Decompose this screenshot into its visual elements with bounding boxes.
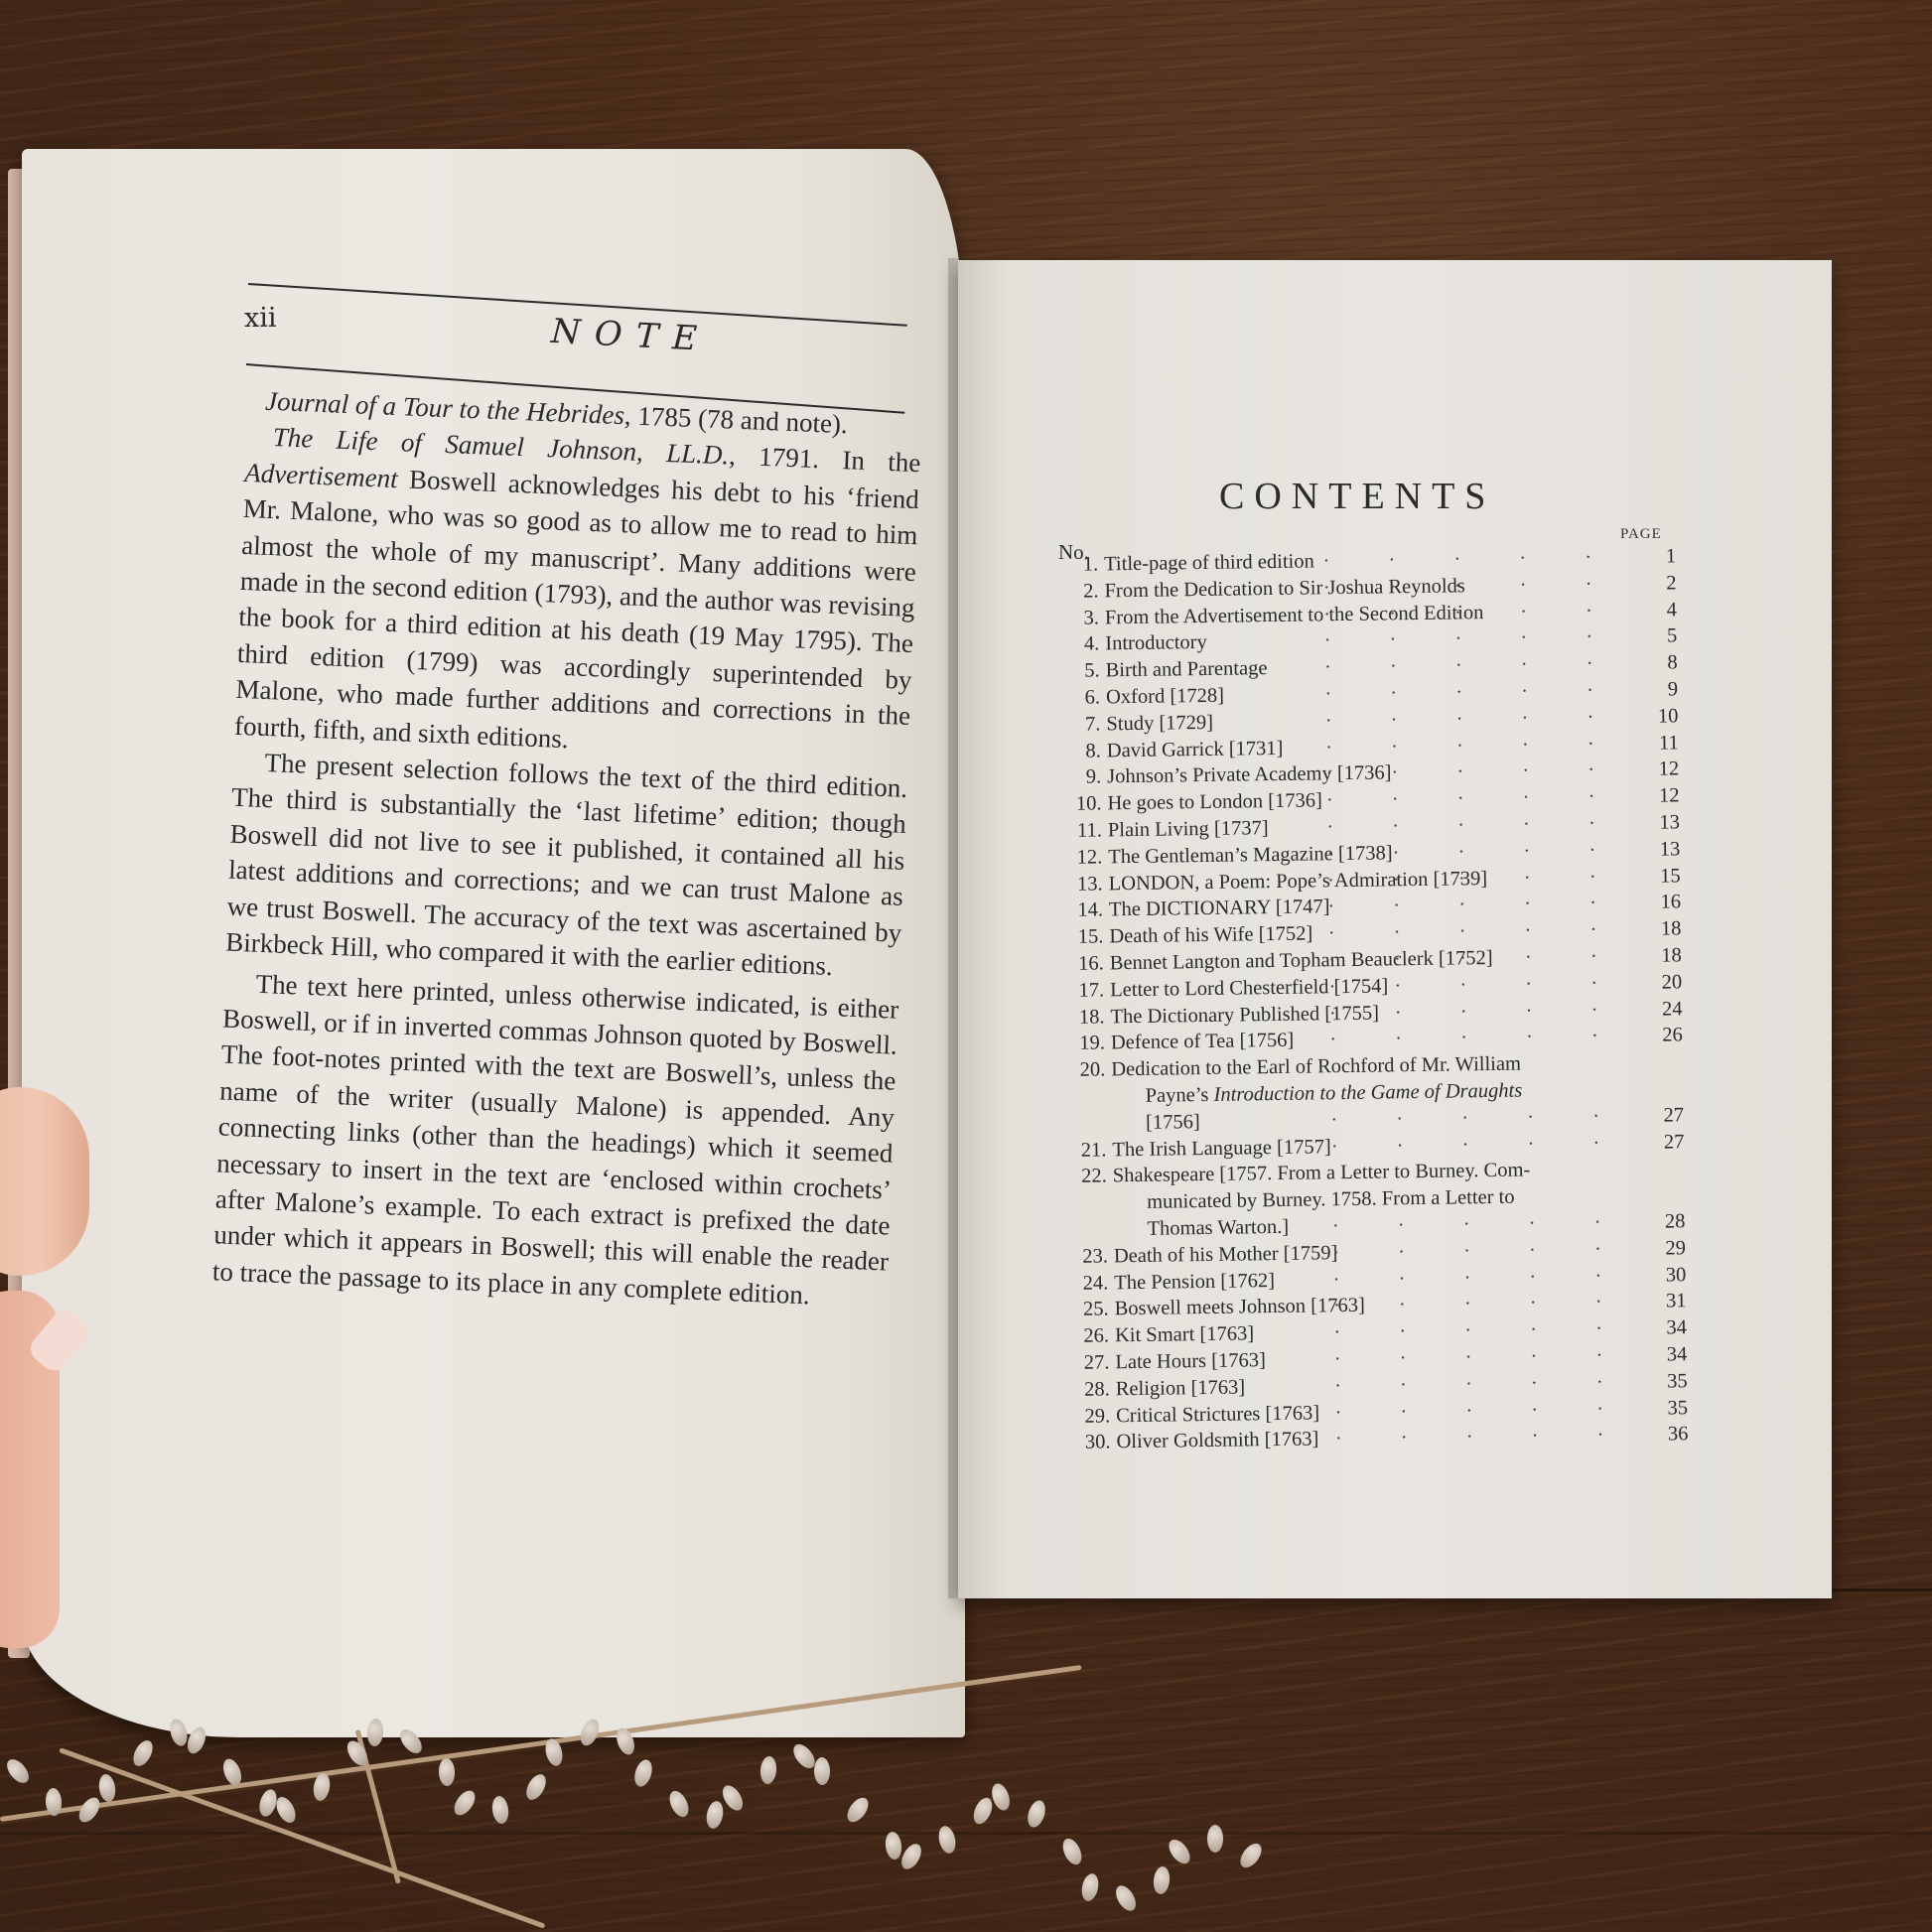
lavender-bud bbox=[439, 1758, 456, 1787]
entry-page: 18 bbox=[1641, 915, 1681, 942]
entry-page: 31 bbox=[1646, 1289, 1686, 1315]
entry-title: David Garrick [1731] bbox=[1107, 737, 1284, 760]
entry-title: Plain Living [1737] bbox=[1108, 817, 1269, 841]
dot-leader: · · · · · bbox=[1328, 943, 1624, 974]
lavender-bud bbox=[97, 1773, 117, 1803]
lavender-bud bbox=[1165, 1836, 1194, 1867]
entry-page: 18 bbox=[1642, 942, 1682, 969]
entry-number: 8. bbox=[1063, 738, 1101, 764]
entry-title: Payne’s Introduction to the Game of Drau… bbox=[1146, 1079, 1523, 1106]
entry-page: 10 bbox=[1638, 703, 1678, 730]
entry-number: 23. bbox=[1070, 1243, 1108, 1270]
entry-number: 3. bbox=[1061, 605, 1099, 631]
lavender-bud bbox=[843, 1794, 872, 1826]
entry-title: Kit Smart [1763] bbox=[1115, 1322, 1254, 1346]
entry-number: 19. bbox=[1067, 1031, 1105, 1057]
dot-leader: · · · · · bbox=[1325, 758, 1621, 788]
entry-number: 9. bbox=[1063, 764, 1101, 791]
lavender-bud bbox=[814, 1757, 830, 1785]
dot-leader: · · · · · bbox=[1335, 1422, 1631, 1452]
entry-number: 13. bbox=[1064, 871, 1102, 897]
entry-page: 34 bbox=[1647, 1341, 1687, 1368]
entry-number: 22. bbox=[1069, 1164, 1107, 1190]
entry-number: 14. bbox=[1065, 897, 1103, 924]
entry-page: 27 bbox=[1644, 1102, 1684, 1129]
dot-leader: · · · · · bbox=[1328, 916, 1624, 947]
entry-title: Study [1729] bbox=[1106, 712, 1213, 736]
entry-number: 29. bbox=[1072, 1403, 1110, 1430]
lavender-bud bbox=[1153, 1865, 1172, 1895]
lavender-bud bbox=[450, 1787, 479, 1819]
dot-leader: · · · · · bbox=[1331, 1130, 1627, 1161]
page-column-header: PAGE bbox=[1620, 526, 1662, 543]
entry-page: 34 bbox=[1647, 1314, 1687, 1341]
entry-number: 20. bbox=[1067, 1057, 1105, 1084]
entry-number: 6. bbox=[1062, 684, 1100, 711]
entry-page: 30 bbox=[1646, 1262, 1686, 1289]
entry-number: 7. bbox=[1062, 711, 1100, 738]
entry-page: 12 bbox=[1639, 757, 1679, 783]
text-span: , 1785 (78 and note). bbox=[623, 400, 848, 439]
dot-leader: · · · · · bbox=[1332, 1263, 1628, 1294]
entry-number: 1. bbox=[1060, 551, 1098, 578]
note-paragraph-2: The present selection follows the text o… bbox=[225, 744, 908, 988]
entry-number: 15. bbox=[1065, 924, 1103, 951]
lavender-bud bbox=[897, 1841, 925, 1872]
dot-leader: · · · · · bbox=[1328, 970, 1624, 1001]
entry-page: 35 bbox=[1648, 1368, 1688, 1395]
dot-leader: · · · · · bbox=[1333, 1289, 1629, 1319]
dot-leader: · · · · · bbox=[1322, 544, 1618, 575]
entry-number: 2. bbox=[1060, 578, 1098, 605]
entry-page: 13 bbox=[1640, 809, 1680, 836]
lavender-bud bbox=[989, 1782, 1013, 1814]
entry-title: Late Hours [1763] bbox=[1115, 1349, 1266, 1373]
dot-leader: · · · · · bbox=[1327, 864, 1623, 895]
dot-leader: · · · · · bbox=[1329, 1023, 1625, 1053]
dot-leader: · · · · · bbox=[1325, 731, 1621, 761]
lavender-bud bbox=[1079, 1872, 1100, 1903]
dot-leader: · · · · · bbox=[1327, 890, 1623, 920]
entry-title: Critical Strictures [1763] bbox=[1116, 1402, 1319, 1427]
lavender-bud bbox=[3, 1755, 33, 1787]
lavender-bud bbox=[1236, 1840, 1266, 1871]
entry-title: municated by Burney. 1758. From a Letter… bbox=[1147, 1186, 1515, 1213]
running-head: NOTE bbox=[550, 312, 712, 359]
entry-page: 15 bbox=[1640, 863, 1680, 890]
entry-title: Religion [1763] bbox=[1116, 1376, 1246, 1400]
lavender-bud bbox=[1059, 1836, 1085, 1867]
entry-title: Introductory bbox=[1105, 631, 1207, 654]
lavender-bud bbox=[666, 1787, 693, 1819]
page-number: xii bbox=[244, 303, 277, 334]
dot-leader: · · · · · bbox=[1323, 571, 1619, 602]
lavender-bud bbox=[75, 1794, 104, 1826]
entry-page: 36 bbox=[1648, 1422, 1688, 1449]
lavender-bud bbox=[129, 1737, 156, 1769]
dot-leader: · · · · · bbox=[1324, 650, 1620, 681]
note-paragraph-3: The text here printed, unless otherwise … bbox=[211, 964, 899, 1316]
entry-title: He goes to London [1736] bbox=[1107, 790, 1322, 815]
text-span: , 1791. In the bbox=[729, 441, 921, 479]
entry-page: 9 bbox=[1638, 676, 1678, 703]
entry-number: 4. bbox=[1061, 631, 1099, 658]
lavender-bud bbox=[884, 1831, 902, 1861]
note-body: Journal of a Tour to the Hebrides, 1785 … bbox=[211, 382, 922, 1316]
lavender-bud bbox=[490, 1795, 510, 1825]
entry-title: The DICTIONARY [1747] bbox=[1109, 897, 1330, 921]
entry-number: 5. bbox=[1061, 658, 1099, 685]
dot-leader: · · · · · bbox=[1326, 783, 1622, 814]
dot-leader: · · · · · bbox=[1326, 837, 1622, 868]
dot-leader: · · · · · bbox=[1333, 1315, 1629, 1346]
entry-number: 10. bbox=[1063, 791, 1101, 818]
lavender-bud bbox=[273, 1794, 300, 1826]
entry-page: 12 bbox=[1639, 782, 1679, 809]
entry-title: Oliver Goldsmith [1763] bbox=[1116, 1429, 1318, 1453]
lavender-bud bbox=[1112, 1882, 1140, 1914]
dot-leader: · · · · · bbox=[1323, 624, 1619, 655]
entry-page: 28 bbox=[1645, 1208, 1685, 1235]
entry-title: The Pension [1762] bbox=[1114, 1270, 1275, 1294]
entry-title: Boswell meets Johnson [1763] bbox=[1114, 1295, 1365, 1320]
dot-leader: · · · · · bbox=[1329, 997, 1625, 1028]
entry-page: 24 bbox=[1642, 996, 1682, 1023]
entry-number: 25. bbox=[1070, 1297, 1108, 1323]
dot-leader: · · · · · bbox=[1334, 1342, 1630, 1373]
entry-number: 26. bbox=[1071, 1323, 1109, 1350]
dot-leader: · · · · · bbox=[1334, 1396, 1630, 1427]
dot-leader: · · · · · bbox=[1334, 1369, 1630, 1400]
lavender-bud bbox=[366, 1718, 384, 1746]
entry-number: 28. bbox=[1072, 1376, 1110, 1403]
dot-leader: · · · · · bbox=[1332, 1209, 1628, 1240]
lavender-bud bbox=[1025, 1798, 1048, 1830]
entry-page: 1 bbox=[1636, 543, 1676, 570]
entry-number: 30. bbox=[1072, 1430, 1110, 1456]
entry-page: 11 bbox=[1639, 730, 1679, 757]
entry-page: 29 bbox=[1646, 1235, 1686, 1262]
entry-page: 16 bbox=[1641, 890, 1681, 916]
dot-leader: · · · · · bbox=[1330, 1103, 1626, 1134]
lavender-bud bbox=[1207, 1825, 1223, 1853]
dot-leader: · · · · · bbox=[1324, 677, 1620, 708]
entry-number: 12. bbox=[1064, 844, 1102, 871]
lavender-bud bbox=[970, 1795, 996, 1827]
lavender-bud bbox=[936, 1824, 958, 1855]
lavender-bud bbox=[631, 1757, 654, 1788]
entry-page: 4 bbox=[1637, 597, 1677, 623]
dot-leader: · · · · · bbox=[1325, 704, 1621, 735]
entry-title: Death of his Wife [1752] bbox=[1109, 923, 1312, 948]
lavender-bud bbox=[522, 1771, 550, 1803]
entry-title: Thomas Warton.] bbox=[1147, 1216, 1289, 1240]
entry-number: 16. bbox=[1066, 950, 1104, 977]
contents-title: CONTENTS bbox=[1219, 475, 1495, 518]
entry-number: 17. bbox=[1066, 977, 1104, 1004]
dot-leader: · · · · · bbox=[1326, 810, 1622, 841]
entry-title: Birth and Parentage bbox=[1106, 657, 1268, 681]
lavender-bud bbox=[759, 1755, 777, 1784]
entry-number: 24. bbox=[1070, 1270, 1108, 1297]
entry-number: 21. bbox=[1068, 1137, 1106, 1164]
entry-number: 11. bbox=[1064, 817, 1102, 844]
text-span: Boswell acknowledges his debt to his ‘fr… bbox=[234, 464, 920, 754]
dot-leader: · · · · · bbox=[1323, 598, 1619, 628]
entry-page: 35 bbox=[1648, 1395, 1688, 1422]
contents-list: 1.Title-page of third edition· · · · ·12… bbox=[1060, 543, 1689, 1456]
lavender-bud bbox=[704, 1800, 725, 1831]
entry-title: Death of his Mother [1759] bbox=[1114, 1242, 1338, 1267]
entry-title: [1756] bbox=[1146, 1111, 1200, 1134]
entry-title: Oxford [1728] bbox=[1106, 685, 1224, 709]
entry-page: 13 bbox=[1640, 836, 1680, 863]
entry-page: 27 bbox=[1644, 1129, 1684, 1156]
entry-title: The Irish Language [1757] bbox=[1112, 1136, 1331, 1161]
italic-title: Advertisement bbox=[244, 458, 399, 493]
entry-title: Defence of Tea [1756] bbox=[1111, 1030, 1295, 1054]
entry-title: Shakespeare [1757. From a Letter to Burn… bbox=[1113, 1160, 1531, 1187]
entry-page: 26 bbox=[1643, 1023, 1683, 1049]
entry-title: Dedication to the Earl of Rochford of Mr… bbox=[1111, 1053, 1521, 1081]
note-paragraph-1: Journal of a Tour to the Hebrides, 1785 … bbox=[233, 382, 922, 770]
entry-page: 20 bbox=[1642, 969, 1682, 996]
entry-page: 8 bbox=[1637, 650, 1677, 677]
entry-number: 18. bbox=[1066, 1004, 1104, 1031]
entry-title: Title-page of third edition bbox=[1104, 550, 1314, 575]
dot-leader: · · · · · bbox=[1332, 1236, 1628, 1267]
entry-page: 5 bbox=[1637, 623, 1677, 650]
entry-page: 2 bbox=[1636, 570, 1676, 597]
entry-number: 27. bbox=[1071, 1349, 1109, 1376]
